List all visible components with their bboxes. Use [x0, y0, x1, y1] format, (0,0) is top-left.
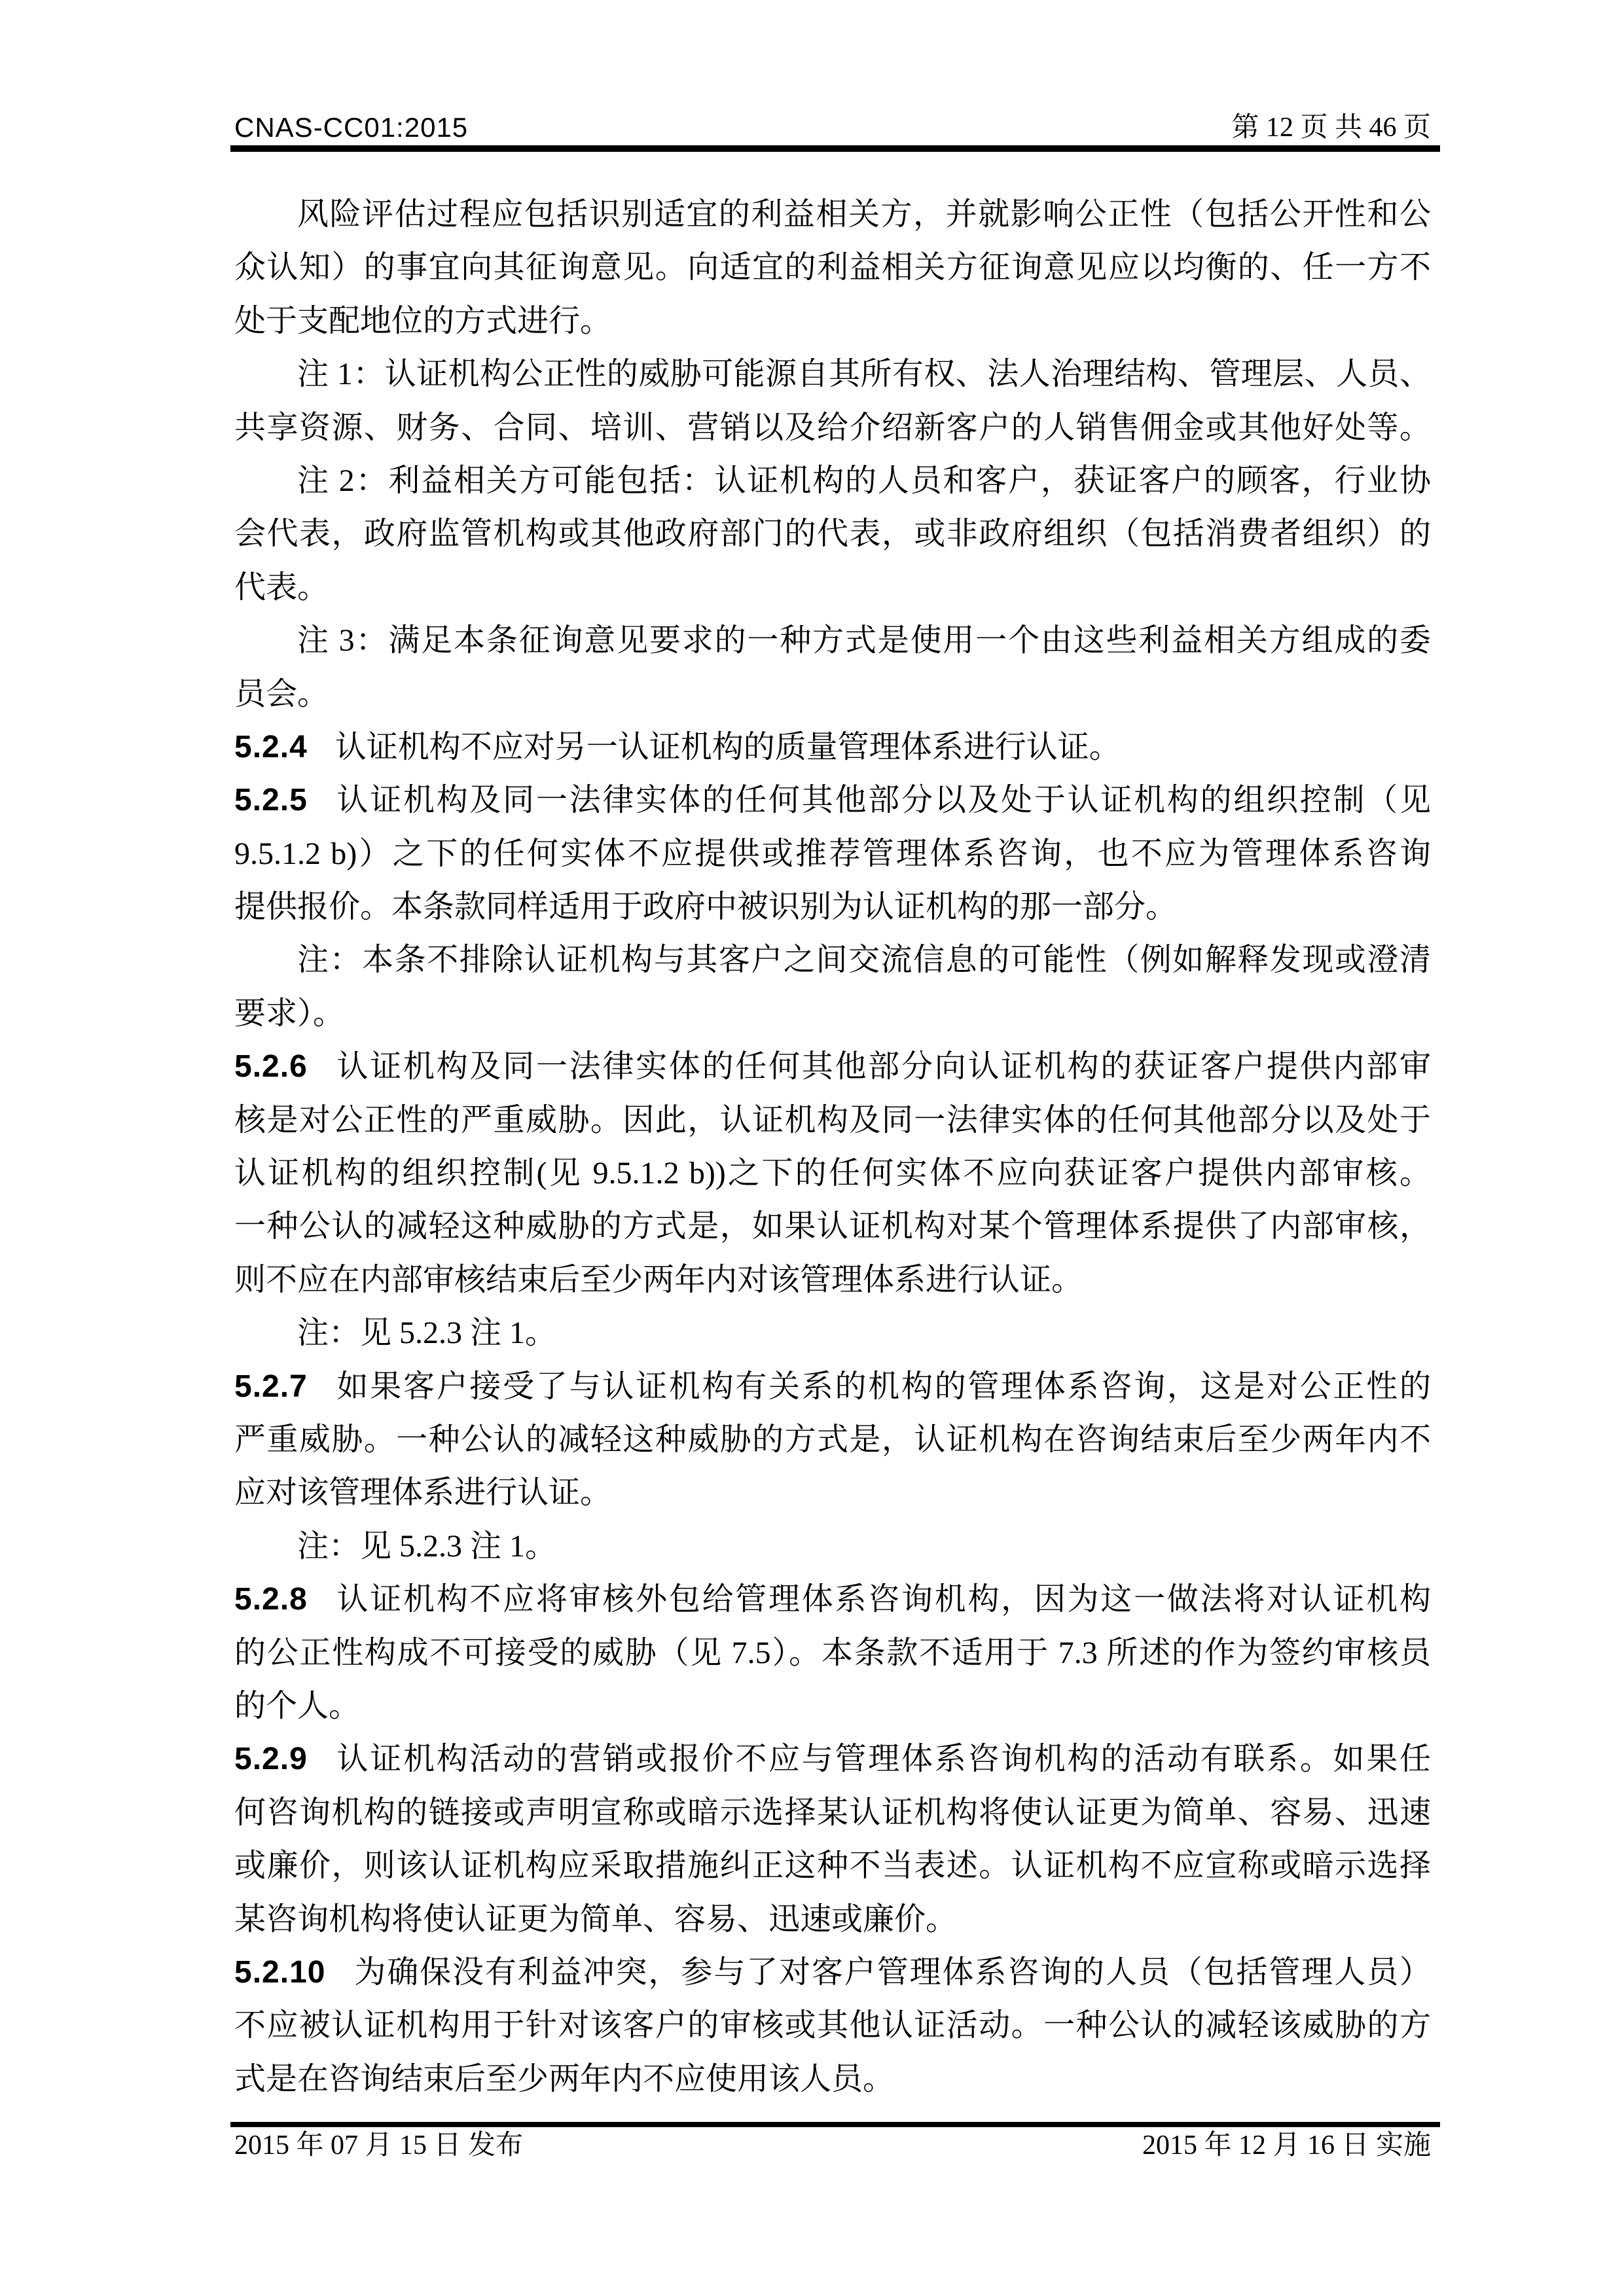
body-line: 认证机构的组织控制(见 9.5.1.2 b))之下的任何实体不应向获证客户提供内…: [234, 1147, 1431, 1200]
body-line: 式是在咨询结束后至少两年内不应使用该人员。: [234, 2053, 1431, 2106]
section-heading-line: 5.2.5认证机构及同一法律实体的任何其他部分以及处于认证机构的组织控制（见: [234, 774, 1431, 827]
body-line: 会代表，政府监管机构或其他政府部门的代表，或非政府组织（包括消费者组织）的: [234, 507, 1431, 560]
body-line: 应对该管理体系进行认证。: [234, 1466, 1431, 1519]
line-text: 认证机构及同一法律实体的任何其他部分向认证机构的获证客户提供内部审: [335, 1049, 1431, 1084]
section-number: 5.2.6: [234, 1049, 308, 1084]
line-text: 认证机构不应将审核外包给管理体系咨询机构，因为这一做法将对认证机构: [335, 1582, 1431, 1617]
line-text: 认证机构活动的营销或报价不应与管理体系咨询机构的活动有联系。如果任: [335, 1742, 1431, 1776]
line-text: 员会。: [234, 677, 329, 711]
body-line: 则不应在内部审核结束后至少两年内对该管理体系进行认证。: [234, 1253, 1431, 1306]
page-footer: 2015 年 07 月 15 日 发布 2015 年 12 月 16 日 实施: [234, 2128, 1431, 2162]
body-line: 注 2：利益相关方可能包括：认证机构的人员和客户，获证客户的顾客，行业协: [234, 454, 1431, 507]
line-text: 如果客户接受了与认证机构有关系的机构的管理体系咨询，这是对公正性的: [335, 1369, 1431, 1404]
body-line: 处于支配地位的方式进行。: [234, 295, 1431, 348]
line-text: 或廉价，则该认证机构应采取措施纠正这种不当表述。认证机构不应宣称或暗示选择: [234, 1848, 1431, 1883]
body-line: 或廉价，则该认证机构应采取措施纠正这种不当表述。认证机构不应宣称或暗示选择: [234, 1839, 1431, 1892]
body-line: 员会。: [234, 668, 1431, 721]
header-rule: [230, 145, 1440, 152]
body-line: 共享资源、财务、合同、培训、营销以及给介绍新客户的人销售佣金或其他好处等。: [234, 401, 1431, 454]
page-header: CNAS-CC01:2015 第 12 页 共 46 页: [234, 111, 1431, 144]
body-line: 代表。: [234, 561, 1431, 614]
line-text: 式是在咨询结束后至少两年内不应使用该人员。: [234, 2062, 894, 2096]
line-text: 众认知）的事宜向其征询意见。向适宜的利益相关方征询意见应以均衡的、任一方不: [234, 250, 1431, 285]
body-line: 风险评估过程应包括识别适宜的利益相关方，并就影响公正性（包括公开性和公: [234, 188, 1431, 241]
body-line: 的个人。: [234, 1679, 1431, 1732]
line-text: 严重威胁。一种公认的减轻这种威胁的方式是，认证机构在咨询结束后至少两年内不: [234, 1422, 1431, 1457]
body-line: 不应被认证机构用于针对该客户的审核或其他认证活动。一种公认的减轻该威胁的方: [234, 1999, 1431, 2052]
line-text: 一种公认的减轻这种威胁的方式是，如果认证机构对某个管理体系提供了内部审核，: [234, 1209, 1431, 1244]
line-text: 认证机构不应对另一认证机构的质量管理体系进行认证。: [335, 730, 1121, 764]
line-text: 代表。: [234, 570, 329, 605]
line-text: 核是对公正性的严重威胁。因此，认证机构及同一法律实体的任何其他部分以及处于: [234, 1103, 1431, 1138]
line-text: 何咨询机构的链接或声明宣称或暗示选择某认证机构将使认证更为简单、容易、迅速: [234, 1795, 1431, 1830]
section-number: 5.2.5: [234, 783, 308, 817]
body-line: 注 3：满足本条征询意见要求的一种方式是使用一个由这些利益相关方组成的委: [234, 614, 1431, 667]
line-text: 要求）。: [234, 996, 344, 1031]
body-line: 严重威胁。一种公认的减轻这种威胁的方式是，认证机构在咨询结束后至少两年内不: [234, 1413, 1431, 1466]
section-number: 5.2.4: [234, 730, 308, 764]
line-text: 认证机构的组织控制(见 9.5.1.2 b))之下的任何实体不应向获证客户提供内…: [234, 1156, 1431, 1191]
section-number: 5.2.8: [234, 1582, 308, 1617]
line-text: 风险评估过程应包括识别适宜的利益相关方，并就影响公正性（包括公开性和公: [297, 197, 1431, 232]
footer-rule: [230, 2122, 1440, 2127]
section-heading-line: 5.2.7如果客户接受了与认证机构有关系的机构的管理体系咨询，这是对公正性的: [234, 1360, 1431, 1413]
line-text: 会代表，政府监管机构或其他政府部门的代表，或非政府组织（包括消费者组织）的: [234, 516, 1431, 551]
body-line: 注：本条不排除认证机构与其客户之间交流信息的可能性（例如解释发现或澄清: [234, 933, 1431, 986]
body-line: 注：见 5.2.3 注 1。: [234, 1306, 1431, 1359]
line-text: 处于支配地位的方式进行。: [234, 304, 611, 338]
body-line: 9.5.1.2 b)）之下的任何实体不应提供或推荐管理体系咨询，也不应为管理体系…: [234, 827, 1431, 880]
section-heading-line: 5.2.8认证机构不应将审核外包给管理体系咨询机构，因为这一做法将对认证机构: [234, 1573, 1431, 1626]
body-line: 要求）。: [234, 987, 1431, 1040]
line-text: 认证机构及同一法律实体的任何其他部分以及处于认证机构的组织控制（见: [335, 783, 1431, 817]
body-line: 的公正性构成不可接受的威胁（见 7.5）。本条款不适用于 7.3 所述的作为签约…: [234, 1626, 1431, 1679]
body-line: 一种公认的减轻这种威胁的方式是，如果认证机构对某个管理体系提供了内部审核，: [234, 1200, 1431, 1253]
line-text: 应对该管理体系进行认证。: [234, 1475, 611, 1510]
line-text: 则不应在内部审核结束后至少两年内对该管理体系进行认证。: [234, 1263, 1083, 1297]
issue-date: 2015 年 07 月 15 日 发布: [234, 2128, 523, 2162]
section-heading-line: 5.2.4认证机构不应对另一认证机构的质量管理体系进行认证。: [234, 721, 1431, 774]
document-page: CNAS-CC01:2015 第 12 页 共 46 页 风险评估过程应包括识别…: [0, 0, 1624, 2296]
section-heading-line: 5.2.9认证机构活动的营销或报价不应与管理体系咨询机构的活动有联系。如果任: [234, 1732, 1431, 1785]
line-text: 的公正性构成不可接受的威胁（见 7.5）。本条款不适用于 7.3 所述的作为签约…: [234, 1636, 1431, 1670]
body-line: 某咨询机构将使认证更为简单、容易、迅速或廉价。: [234, 1893, 1431, 1946]
line-text: 的个人。: [234, 1689, 360, 1723]
line-text: 注 1：认证机构公正性的威胁可能源自其所有权、法人治理结构、管理层、人员、: [297, 357, 1431, 391]
line-text: 注：见 5.2.3 注 1。: [297, 1529, 556, 1564]
body-line: 提供报价。本条款同样适用于政府中被识别为认证机构的那一部分。: [234, 880, 1431, 933]
line-text: 不应被认证机构用于针对该客户的审核或其他认证活动。一种公认的减轻该威胁的方: [234, 2008, 1431, 2043]
body-line: 注 1：认证机构公正性的威胁可能源自其所有权、法人治理结构、管理层、人员、: [234, 348, 1431, 401]
document-code: CNAS-CC01:2015: [234, 111, 468, 144]
line-text: 9.5.1.2 b)）之下的任何实体不应提供或推荐管理体系咨询，也不应为管理体系…: [234, 836, 1431, 871]
page-indicator: 第 12 页 共 46 页: [1231, 111, 1431, 144]
section-number: 5.2.9: [234, 1742, 308, 1776]
body-line: 何咨询机构的链接或声明宣称或暗示选择某认证机构将使认证更为简单、容易、迅速: [234, 1786, 1431, 1839]
section-heading-line: 5.2.6认证机构及同一法律实体的任何其他部分向认证机构的获证客户提供内部审: [234, 1040, 1431, 1093]
section-number: 5.2.7: [234, 1369, 308, 1404]
section-heading-line: 5.2.10为确保没有利益冲突，参与了对客户管理体系咨询的人员（包括管理人员）: [234, 1946, 1431, 1999]
line-text: 共享资源、财务、合同、培训、营销以及给介绍新客户的人销售佣金或其他好处等。: [234, 410, 1431, 445]
section-number: 5.2.10: [234, 1955, 325, 1990]
line-text: 注 2：利益相关方可能包括：认证机构的人员和客户，获证客户的顾客，行业协: [297, 463, 1431, 498]
implement-date: 2015 年 12 月 16 日 实施: [1142, 2128, 1431, 2162]
line-text: 提供报价。本条款同样适用于政府中被识别为认证机构的那一部分。: [234, 889, 1177, 924]
line-text: 注 3：满足本条征询意见要求的一种方式是使用一个由这些利益相关方组成的委: [297, 623, 1431, 658]
body-line: 注：见 5.2.3 注 1。: [234, 1520, 1431, 1573]
body-text: 风险评估过程应包括识别适宜的利益相关方，并就影响公正性（包括公开性和公众认知）的…: [234, 188, 1431, 2106]
line-text: 为确保没有利益冲突，参与了对客户管理体系咨询的人员（包括管理人员）: [353, 1955, 1431, 1990]
line-text: 注：本条不排除认证机构与其客户之间交流信息的可能性（例如解释发现或澄清: [297, 942, 1431, 977]
body-line: 众认知）的事宜向其征询意见。向适宜的利益相关方征询意见应以均衡的、任一方不: [234, 241, 1431, 294]
line-text: 注：见 5.2.3 注 1。: [297, 1316, 556, 1350]
body-line: 核是对公正性的严重威胁。因此，认证机构及同一法律实体的任何其他部分以及处于: [234, 1094, 1431, 1147]
line-text: 某咨询机构将使认证更为简单、容易、迅速或廉价。: [234, 1902, 957, 1937]
